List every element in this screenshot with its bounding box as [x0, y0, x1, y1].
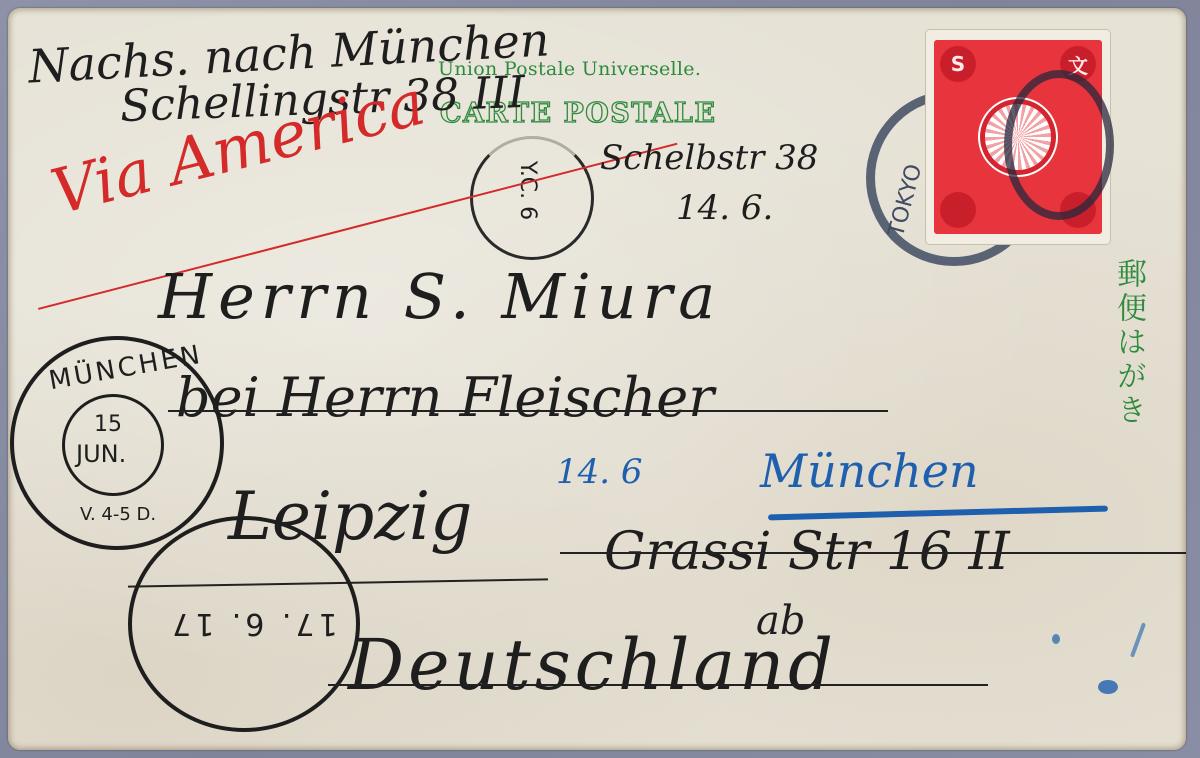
blue-date: 14. 6: [556, 452, 643, 492]
country-struck: Deutschland: [348, 624, 837, 706]
blue-underline: [768, 506, 1108, 521]
recipient-name: Herrn S. Miura: [158, 260, 721, 333]
strike-street: [560, 552, 1186, 554]
ink-spot: [1098, 680, 1118, 694]
munchen-day: 15: [94, 412, 122, 437]
munchen-time: V. 4-5 D.: [80, 504, 156, 525]
new-address-note: Schelbstr 38: [600, 138, 818, 178]
strike-care-of: [168, 410, 888, 412]
blue-city-correction: München: [760, 444, 979, 498]
postcard: Union Postale Universelle. CARTE POSTALE…: [8, 8, 1186, 750]
arrival-postmark-text: 17. 6. 17: [168, 606, 338, 641]
care-of-struck: bei Herrn Fleischer: [176, 366, 714, 429]
stamp-corner-bl: [940, 192, 976, 228]
ink-spot: [1052, 634, 1060, 644]
stamp-cancel-ring: [1004, 70, 1114, 220]
japanese-postcard-label: 郵便はがき: [1113, 258, 1143, 428]
postage-stamp: S 文: [926, 30, 1110, 244]
date-note: 14. 6.: [676, 188, 773, 228]
stamp-corner-left: S: [940, 46, 976, 82]
transit-postmark-text: Y.C. 6: [515, 161, 540, 220]
strike-country: [328, 684, 988, 686]
munchen-month: JUN.: [76, 440, 126, 468]
ink-spot: [1130, 622, 1146, 657]
